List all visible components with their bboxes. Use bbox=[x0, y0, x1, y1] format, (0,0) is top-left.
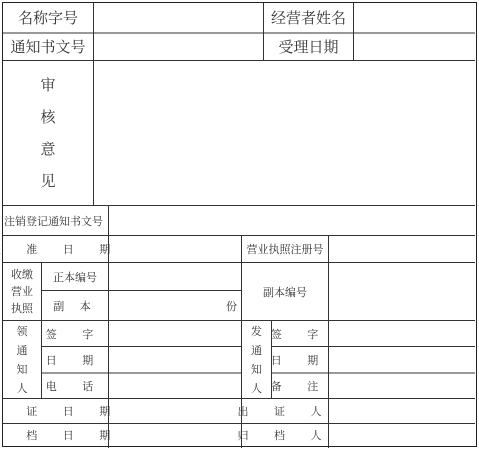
archive-date-label: 归 档 日 期 bbox=[3, 424, 108, 446]
recipient-char: 人 bbox=[17, 379, 28, 398]
issuer-label: 出 证 人 bbox=[242, 399, 328, 423]
archiver-label: 归 档 人 bbox=[242, 424, 328, 446]
issuer-field[interactable] bbox=[329, 399, 475, 423]
copy-label: 副 本 bbox=[42, 291, 108, 320]
recipient-phone-label: 电 话 bbox=[42, 374, 108, 398]
license-reg-number-field[interactable] bbox=[329, 236, 475, 262]
recipient-char: 通 bbox=[17, 341, 28, 360]
notice-number-field[interactable] bbox=[94, 33, 263, 60]
recipient-date-field[interactable] bbox=[109, 347, 241, 372]
name-field[interactable] bbox=[94, 3, 263, 32]
recipient-label: 领 通 知 人 bbox=[3, 321, 41, 398]
sender-sign-label: 签 字 bbox=[272, 321, 328, 346]
copy-count-field[interactable]: 份 bbox=[109, 291, 241, 320]
issue-date-label: 出 证 日 期 bbox=[3, 399, 108, 423]
copy-number-label: 副本编号 bbox=[242, 263, 328, 320]
recipient-date-label: 日 期 bbox=[42, 347, 108, 372]
operator-name-field[interactable] bbox=[354, 3, 475, 32]
accept-date-label: 受理日期 bbox=[264, 33, 353, 60]
sender-remark-field[interactable] bbox=[329, 374, 475, 398]
deregistration-form: 名称字号 经营者姓名 通知书文号 受理日期 审 核 意 见 注销登记通知书文号 … bbox=[2, 2, 477, 447]
sender-label: 发 通 知 人 bbox=[242, 321, 271, 398]
sender-char: 通 bbox=[251, 341, 262, 360]
issue-date-field[interactable] bbox=[109, 399, 241, 423]
review-opinion-field[interactable] bbox=[94, 61, 475, 205]
archive-date-field[interactable] bbox=[109, 424, 241, 446]
copy-number-field[interactable] bbox=[329, 263, 475, 320]
sender-sign-field[interactable] bbox=[329, 321, 475, 346]
accept-date-field[interactable] bbox=[354, 33, 475, 60]
name-label: 名称字号 bbox=[3, 3, 93, 32]
collect-license-line: 执照 bbox=[11, 300, 33, 317]
review-char: 意 bbox=[40, 133, 55, 165]
recipient-char: 领 bbox=[17, 322, 28, 341]
recipient-sign-label: 签 字 bbox=[42, 321, 108, 346]
review-char: 审 bbox=[40, 69, 55, 101]
collect-license-line: 营业 bbox=[11, 283, 33, 300]
recipient-phone-field[interactable] bbox=[109, 374, 241, 398]
cancel-notice-number-label: 注销登记通知书文号 bbox=[3, 206, 108, 235]
sender-remark-label: 备 注 bbox=[272, 374, 328, 398]
approval-date-field[interactable] bbox=[109, 236, 241, 262]
license-reg-number-label: 营业执照注册号 bbox=[242, 236, 328, 262]
collect-license-label: 收缴 营业 执照 bbox=[3, 263, 41, 320]
operator-name-label: 经营者姓名 bbox=[264, 3, 353, 32]
collect-license-line: 收缴 bbox=[11, 266, 33, 283]
recipient-char: 知 bbox=[17, 360, 28, 379]
review-char: 核 bbox=[40, 101, 55, 133]
recipient-sign-field[interactable] bbox=[109, 321, 241, 346]
sender-date-field[interactable] bbox=[329, 347, 475, 372]
archiver-field[interactable] bbox=[329, 424, 475, 446]
approval-date-label: 核 准 日 期 bbox=[3, 236, 108, 262]
sender-date-label: 日 期 bbox=[272, 347, 328, 372]
copy-unit: 份 bbox=[226, 298, 237, 314]
sender-char: 知 bbox=[251, 360, 262, 379]
review-opinion-label: 审 核 意 见 bbox=[3, 61, 93, 205]
notice-number-label: 通知书文号 bbox=[3, 33, 93, 60]
sender-char: 人 bbox=[251, 379, 262, 398]
cancel-notice-number-field[interactable] bbox=[109, 206, 475, 235]
original-number-label: 正本编号 bbox=[42, 263, 108, 290]
review-char: 见 bbox=[40, 165, 55, 197]
original-number-field[interactable] bbox=[109, 263, 241, 290]
sender-char: 发 bbox=[251, 322, 262, 341]
